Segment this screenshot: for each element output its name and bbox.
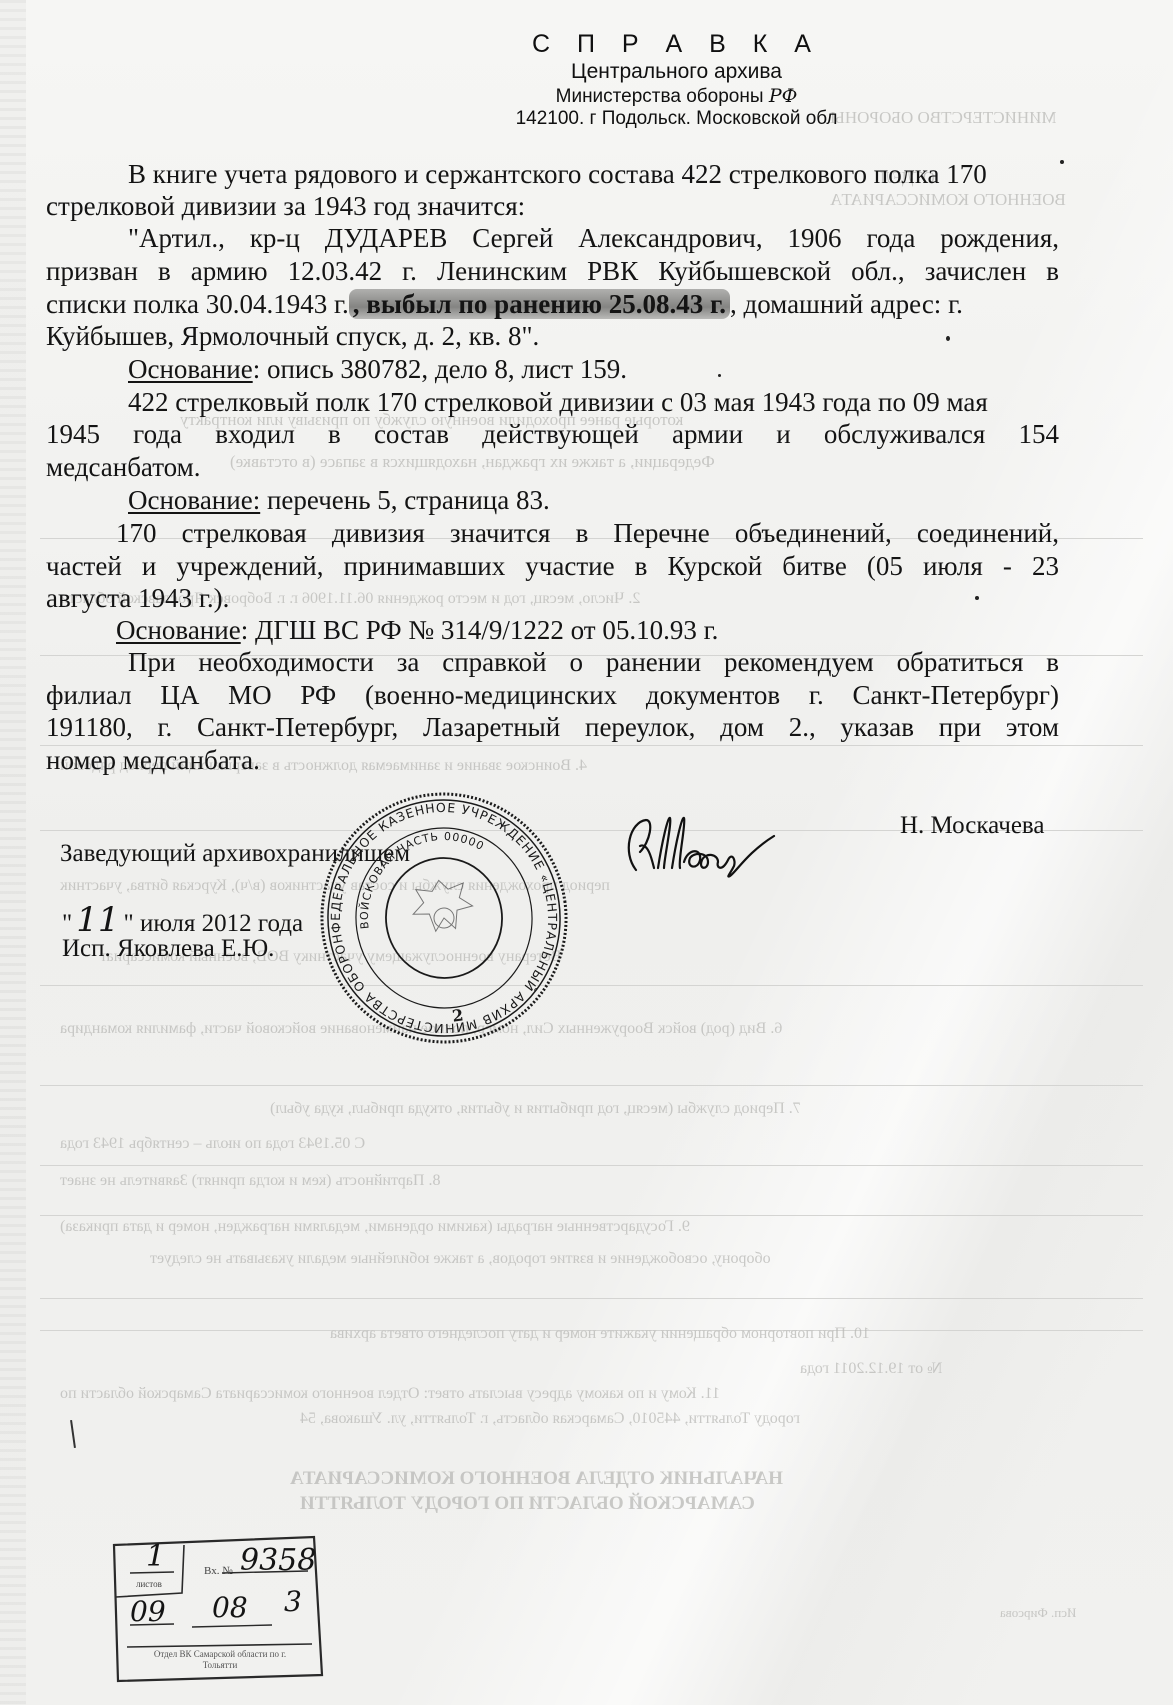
scan-speck	[946, 336, 950, 341]
scan-speck	[1060, 160, 1064, 164]
basis-3: Основание: ДГШ ВС РФ № 314/9/1222 от 05.…	[116, 614, 718, 646]
issuer-ministry: Министерства обороны РФ	[90, 85, 1173, 108]
paragraph-4-line-3: августа 1943 г.).	[46, 582, 229, 614]
registration-day: 09	[130, 1595, 166, 1628]
date-day-handwritten: 11	[72, 900, 123, 940]
paragraph-2-line-1: "Артил., кр-ц ДУДАРЕВ Сергей Александров…	[46, 222, 1059, 254]
date-quote: "	[62, 910, 72, 937]
handwritten-signature-icon	[618, 812, 788, 882]
paragraph-4-line-1: 170 стрелковая дивизия значится в Перечн…	[46, 517, 1059, 549]
enlistment-date-text: списки полка 30.04.1943 г.	[46, 289, 349, 319]
scan-edge-artifact	[0, 0, 26, 1705]
signatory-name: Н. Москачева	[900, 812, 1044, 840]
incoming-label: Вх. №	[204, 1565, 233, 1577]
basis-1: Основание: опись 380782, дело 8, лист 15…	[128, 353, 627, 385]
incoming-number: 9358	[240, 1543, 316, 1578]
paragraph-3-line-1: 422 стрелковый полк 170 стрелковой дивиз…	[128, 386, 988, 418]
issuer-address: 142100. г Подольск. Московской обл	[90, 108, 1173, 130]
issuer-ministry-handwritten: РФ	[769, 85, 798, 107]
basis-2: Основание: перечень 5, страница 83.	[128, 484, 550, 516]
paragraph-2-line-2: призван в армию 12.03.42 г. Ленинским РВ…	[46, 255, 1059, 287]
svg-text:ФЕДЕРАЛЬНОЕ КАЗЕННОЕ УЧРЕЖДЕНИ: ФЕДЕРАЛЬНОЕ КАЗЕННОЕ УЧРЕЖДЕНИЕ «ЦЕНТРАЛ…	[301, 774, 575, 1054]
date-month-year: " июля 2012 года	[123, 910, 303, 937]
svg-text:2: 2	[451, 1005, 465, 1025]
paragraph-3-line-2: 1945 года входил в состав действующей ар…	[46, 418, 1059, 450]
paragraph-2-line-3: списки полка 30.04.1943 г., выбыл по ран…	[46, 288, 963, 320]
paragraph-1-line-2: стрелковой дивизии за 1943 год значится:	[46, 190, 525, 222]
official-round-stamp-icon: ФЕДЕРАЛЬНОЕ КАЗЕННОЕ УЧРЕЖДЕНИЕ «ЦЕНТРАЛ…	[301, 774, 586, 1063]
basis-label: Основание:	[128, 485, 260, 515]
incoming-registration-stamp: 1 листов Вх. № 9358 09 08 3 Отдел ВК Сам…	[112, 1535, 348, 1683]
basis-label: Основание	[128, 354, 253, 384]
scan-speck	[975, 596, 979, 600]
paragraph-3-line-3: медсанбатом.	[46, 451, 201, 483]
scan-speck	[718, 374, 721, 377]
document-title: С П Р А В К А	[90, 30, 1173, 59]
paragraph-5-line-4: номер медсанбата.	[46, 744, 260, 776]
registration-year: 3	[284, 1585, 302, 1618]
basis-text: : ДГШ ВС РФ № 314/9/1222 от 05.10.93 г.	[241, 615, 719, 645]
issuer-ministry-printed: Министерства обороны	[556, 86, 764, 107]
paragraph-5-line-1: При необходимости за справкой о ранении …	[46, 646, 1059, 678]
issuer-name: Центрального архива	[90, 60, 1173, 84]
basis-text: перечень 5, страница 83.	[260, 485, 550, 515]
paragraph-1-line-1: В книге учета рядового и сержантского со…	[128, 158, 987, 190]
registration-office: Отдел ВК Самарской области по г. Тольятт…	[140, 1649, 300, 1671]
issue-date: "11" июля 2012 года	[62, 900, 303, 940]
home-address-label: , домашний адрес: г.	[730, 289, 963, 319]
basis-label: Основание	[116, 615, 241, 645]
sheets-count: 1	[146, 1539, 165, 1574]
registration-month: 08	[212, 1591, 248, 1624]
paragraph-5-line-2: филиал ЦА МО РФ (военно-медицинских доку…	[46, 679, 1059, 711]
executor-name: Исп. Яковлева Е.Ю.	[62, 935, 274, 963]
paragraph-2-line-4: Куйбышев, Ярмолочный спуск, д. 2, кв. 8"…	[46, 320, 539, 352]
highlighted-wounded-note: , выбыл по ранению 25.08.43 г.	[349, 289, 730, 319]
basis-text: : опись 380782, дело 8, лист 159.	[253, 354, 627, 384]
paragraph-4-line-2: частей и учреждений, принимавших участие…	[46, 550, 1059, 582]
paragraph-5-line-3: 191180, г. Санкт-Петербург, Лазаретный п…	[46, 711, 1059, 743]
sheets-label: листов	[136, 1579, 162, 1589]
